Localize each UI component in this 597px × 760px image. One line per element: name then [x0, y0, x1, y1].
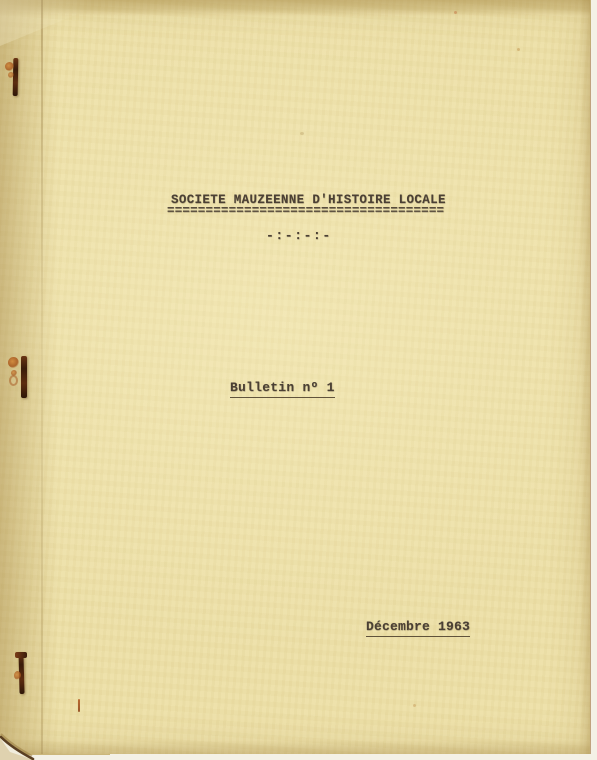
bulletin-number: Bulletin nº 1: [230, 380, 335, 398]
staple-middle: [21, 356, 27, 398]
staple-bottom-hook: [15, 652, 27, 658]
rust-stain: [8, 72, 14, 78]
paper-speck: [517, 48, 520, 51]
paper-speck: [454, 11, 457, 14]
paper-right-edge-shadow: [580, 0, 590, 754]
rust-fiber-mark: [78, 699, 80, 712]
paper-crease-line: [41, 0, 43, 754]
cover-date: Décembre 1963: [366, 619, 470, 637]
paper-bottom-shading: [0, 740, 590, 754]
paper-speck: [413, 704, 416, 707]
rust-ring-stain: [9, 375, 18, 386]
rust-stain: [8, 357, 19, 368]
paper-cover: SOCIETE MAUZEENNE D'HISTOIRE LOCALE ====…: [0, 0, 591, 755]
paper-speck: [300, 132, 304, 135]
rust-stain: [5, 62, 14, 71]
ornament-separator: -:-:-:-: [266, 228, 332, 243]
scanner-background-right: [591, 48, 597, 760]
rust-stain: [14, 671, 21, 680]
cover-title-underline: ====================================: [167, 204, 444, 218]
scanned-cover-page: SOCIETE MAUZEENNE D'HISTOIRE LOCALE ====…: [0, 0, 597, 760]
scanner-background-bottom: [110, 754, 597, 760]
